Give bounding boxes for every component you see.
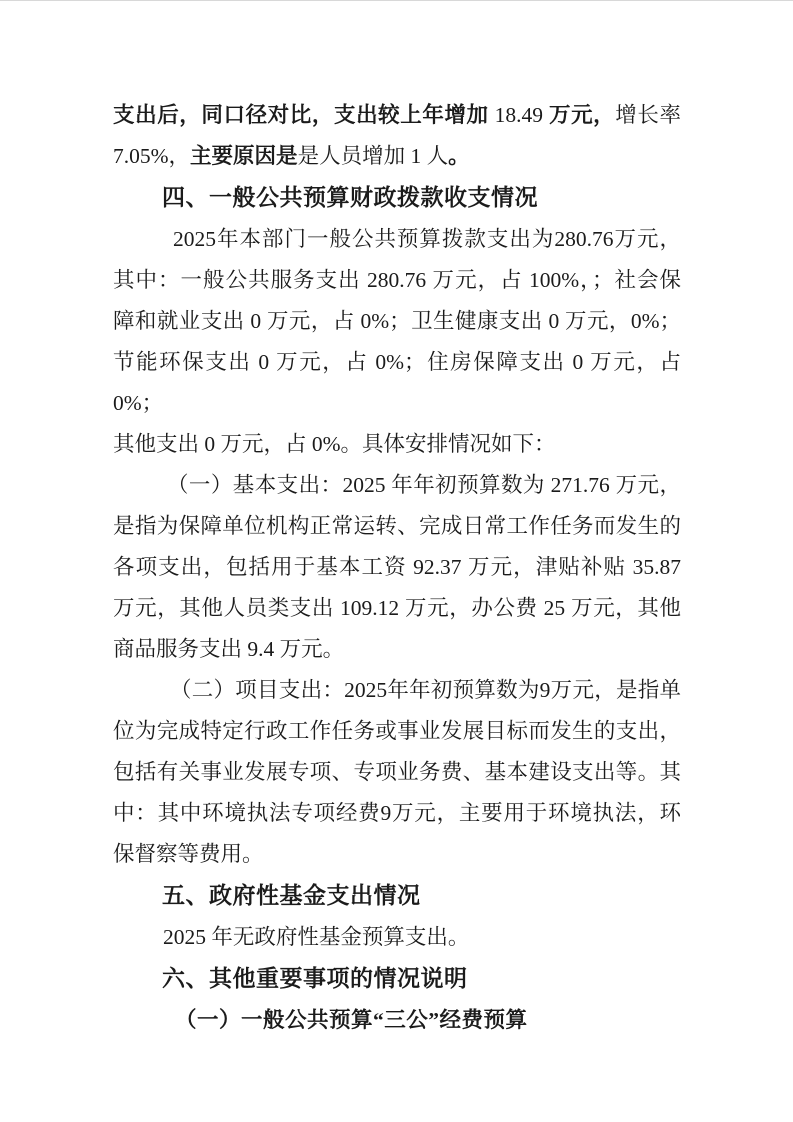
text-run: 其他支出 0 万元，占 0%。具体安排情况如下： bbox=[113, 432, 556, 456]
text-line: 7.05%，主要原因是是人员增加 1 人。 bbox=[113, 136, 681, 177]
text-line: 中：其中环境执法专项经费9万元，主要用于环境执法，环 bbox=[113, 793, 681, 834]
heading-section-6: 六、其他重要事项的情况说明 bbox=[113, 958, 681, 1000]
text-line: （二）项目支出：2025年年初预算数为9万元，是指单 bbox=[113, 670, 681, 711]
document-page: 支出后，同口径对比，支出较上年增加 18.49 万元，增长率7.05%，主要原因… bbox=[0, 0, 793, 1122]
text-run: 是人员增加 1 人 bbox=[298, 144, 449, 168]
text-run: 位为完成特定行政工作任务或事业发展目标而发生的支出， bbox=[113, 719, 681, 743]
text-run: 18.49 bbox=[489, 103, 549, 127]
text-line: 其中：一般公共服务支出 280.76 万元，占 100%，；社会保 bbox=[113, 260, 681, 301]
text-run: 商品服务支出 9.4 万元。 bbox=[113, 637, 344, 661]
text-run: 中：其中环境执法专项经费9万元，主要用于环境执法，环 bbox=[113, 801, 681, 825]
text-line: （一）基本支出：2025 年年初预算数为 271.76 万元， bbox=[113, 465, 681, 506]
heading-line: 四、一般公共预算财政拨款收支情况 bbox=[113, 177, 681, 219]
text-line: 包括有关事业发展专项、专项业务费、基本建设支出等。其 bbox=[113, 752, 681, 793]
bold-text-run: 万元， bbox=[549, 103, 615, 127]
text-line: 障和就业支出 0 万元，占 0%；卫生健康支出 0 万元，0%； bbox=[113, 301, 681, 342]
bold-text-run: 四、一般公共预算财政拨款收支情况 bbox=[162, 184, 538, 210]
text-line: 是指为保障单位机构正常运转、完成日常工作任务而发生的 bbox=[113, 506, 681, 547]
para-general-budget-overview: 2025年本部门一般公共预算拨款支出为280.76万元，其中：一般公共服务支出 … bbox=[113, 219, 681, 465]
para-project-expenditure: （二）项目支出：2025年年初预算数为9万元，是指单位为完成特定行政工作任务或事… bbox=[113, 670, 681, 875]
para-basic-expenditure: （一）基本支出：2025 年年初预算数为 271.76 万元，是指为保障单位机构… bbox=[113, 465, 681, 670]
text-line: 万元，其他人员类支出 109.12 万元，办公费 25 万元，其他 bbox=[113, 588, 681, 629]
heading-line: 五、政府性基金支出情况 bbox=[113, 875, 681, 917]
text-line: 2025 年无政府性基金预算支出。 bbox=[113, 917, 681, 958]
text-run: 包括有关事业发展专项、专项业务费、基本建设支出等。其 bbox=[113, 760, 681, 784]
bold-text-run: 支出后，同口径对比，支出较上年增加 bbox=[113, 103, 489, 127]
text-run: 增长率 bbox=[615, 103, 681, 127]
bold-text-run: 。 bbox=[448, 144, 470, 168]
text-line: 位为完成特定行政工作任务或事业发展目标而发生的支出， bbox=[113, 711, 681, 752]
heading-three-public-funds: （一）一般公共预算“三公”经费预算 bbox=[113, 1000, 681, 1041]
text-line: 节能环保支出 0 万元，占 0%；住房保障支出 0 万元，占 0%； bbox=[113, 342, 681, 424]
text-run: （二）项目支出：2025年年初预算数为9万元，是指单 bbox=[170, 678, 681, 702]
text-run: 7.05%， bbox=[113, 144, 190, 168]
bold-text-run: （一）一般公共预算“三公”经费预算 bbox=[175, 1008, 528, 1032]
text-line: 商品服务支出 9.4 万元。 bbox=[113, 629, 681, 670]
heading-line: 六、其他重要事项的情况说明 bbox=[113, 958, 681, 1000]
text-run: 万元，其他人员类支出 109.12 万元，办公费 25 万元，其他 bbox=[113, 596, 681, 620]
text-line: 各项支出，包括用于基本工资 92.37 万元，津贴补贴 35.87 bbox=[113, 547, 681, 588]
text-line: 保督察等费用。 bbox=[113, 834, 681, 875]
text-line: 其他支出 0 万元，占 0%。具体安排情况如下： bbox=[113, 424, 681, 465]
heading-section-5: 五、政府性基金支出情况 bbox=[113, 875, 681, 917]
bold-text-run: 五、政府性基金支出情况 bbox=[162, 882, 421, 908]
para-expenditure-comparison: 支出后，同口径对比，支出较上年增加 18.49 万元，增长率7.05%，主要原因… bbox=[113, 95, 681, 177]
heading-line: （一）一般公共预算“三公”经费预算 bbox=[113, 1000, 681, 1041]
text-run: （一）基本支出：2025 年年初预算数为 271.76 万元， bbox=[167, 473, 681, 497]
text-run: 保督察等费用。 bbox=[113, 842, 264, 866]
text-run: 障和就业支出 0 万元，占 0%；卫生健康支出 0 万元，0%； bbox=[113, 309, 681, 333]
text-run: 2025年本部门一般公共预算拨款支出为280.76万元， bbox=[173, 227, 681, 251]
text-line: 2025年本部门一般公共预算拨款支出为280.76万元， bbox=[113, 219, 681, 260]
para-government-fund: 2025 年无政府性基金预算支出。 bbox=[113, 917, 681, 958]
text-run: 节能环保支出 0 万元，占 0%；住房保障支出 0 万元，占 0%； bbox=[113, 350, 681, 415]
bold-text-run: 主要原因是 bbox=[190, 144, 298, 168]
text-run: 2025 年无政府性基金预算支出。 bbox=[163, 925, 469, 949]
text-run: 各项支出，包括用于基本工资 92.37 万元，津贴补贴 35.87 bbox=[113, 555, 681, 579]
bold-text-run: 六、其他重要事项的情况说明 bbox=[162, 965, 468, 991]
text-line: 支出后，同口径对比，支出较上年增加 18.49 万元，增长率 bbox=[113, 95, 681, 136]
text-run: 是指为保障单位机构正常运转、完成日常工作任务而发生的 bbox=[113, 514, 681, 538]
heading-section-4: 四、一般公共预算财政拨款收支情况 bbox=[113, 177, 681, 219]
text-run: 其中：一般公共服务支出 280.76 万元，占 100%，；社会保 bbox=[113, 268, 681, 292]
